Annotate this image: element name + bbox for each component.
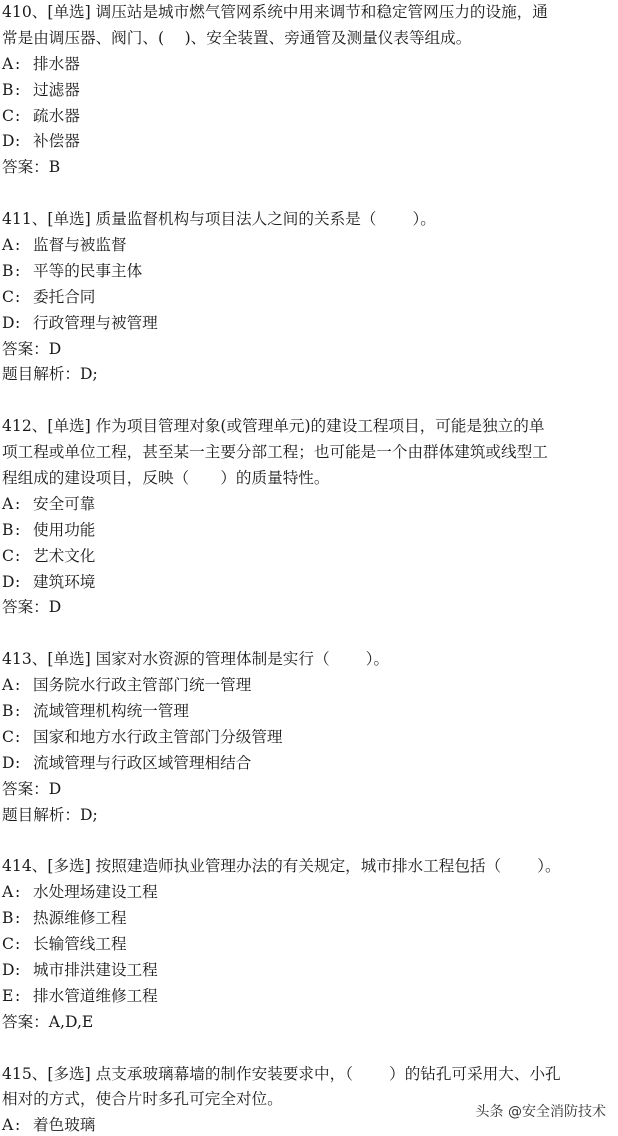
option-text: 疏水器 bbox=[33, 107, 80, 125]
question-stem-line: 414、[多选] 按照建造师执业管理办法的有关规定，城市排水工程包括（ ）。 bbox=[2, 854, 616, 880]
option-text: 平等的民事主体 bbox=[33, 262, 142, 280]
option-b: B:过滤器 bbox=[2, 78, 616, 104]
answer-line: 答案：A,D,E bbox=[2, 1010, 616, 1036]
option-separator: : bbox=[15, 259, 33, 285]
option-text: 补偿器 bbox=[33, 132, 80, 150]
spacer bbox=[2, 621, 616, 647]
option-d: D:城市排洪建设工程 bbox=[2, 958, 616, 984]
option-letter: D bbox=[2, 311, 15, 337]
option-letter: C bbox=[2, 725, 15, 751]
question-411: 411、[单选] 质量监督机构与项目法人之间的关系是（ ）。 A:监督与被监督 … bbox=[2, 207, 616, 414]
option-text: 艺术文化 bbox=[33, 547, 95, 565]
option-text: 排水器 bbox=[33, 55, 80, 73]
option-text: 国家和地方水行政主管部门分级管理 bbox=[33, 728, 283, 746]
option-separator: : bbox=[15, 751, 33, 777]
option-letter: C bbox=[2, 544, 15, 570]
option-a: A:监督与被监督 bbox=[2, 233, 616, 259]
spacer bbox=[2, 829, 616, 855]
option-letter: B bbox=[2, 259, 15, 285]
option-letter: D bbox=[2, 129, 15, 155]
watermark: 头条 @安全消防技术 bbox=[476, 1101, 606, 1121]
option-letter: B bbox=[2, 906, 15, 932]
option-letter: D bbox=[2, 751, 15, 777]
option-letter: B bbox=[2, 699, 15, 725]
option-text: 安全可靠 bbox=[33, 495, 95, 513]
option-text: 建筑环境 bbox=[33, 573, 95, 591]
option-d: D:行政管理与被管理 bbox=[2, 311, 616, 337]
option-letter: A bbox=[2, 1113, 15, 1136]
question-stem-line: 411、[单选] 质量监督机构与项目法人之间的关系是（ ）。 bbox=[2, 207, 616, 233]
analysis-line: 题目解析：D; bbox=[2, 362, 616, 388]
option-letter: B bbox=[2, 518, 15, 544]
option-separator: : bbox=[15, 285, 33, 311]
option-separator: : bbox=[15, 673, 33, 699]
option-letter: A bbox=[2, 492, 15, 518]
option-c: C:长输管线工程 bbox=[2, 932, 616, 958]
option-separator: : bbox=[15, 932, 33, 958]
option-text: 长输管线工程 bbox=[33, 935, 127, 953]
option-separator: : bbox=[15, 699, 33, 725]
option-c: C:疏水器 bbox=[2, 104, 616, 130]
option-separator: : bbox=[15, 984, 33, 1010]
option-text: 过滤器 bbox=[33, 81, 80, 99]
option-separator: : bbox=[15, 958, 33, 984]
spacer bbox=[2, 1036, 616, 1062]
option-separator: : bbox=[15, 311, 33, 337]
option-a: A:国务院水行政主管部门统一管理 bbox=[2, 673, 616, 699]
option-separator: : bbox=[15, 104, 33, 130]
option-d: D:流域管理与行政区域管理相结合 bbox=[2, 751, 616, 777]
question-stem-line: 413、[单选] 国家对水资源的管理体制是实行（ ）。 bbox=[2, 647, 616, 673]
question-stem-line: 412、[单选] 作为项目管理对象(或管理单元)的建设工程项目，可能是独立的单 bbox=[2, 414, 616, 440]
answer-line: 答案：B bbox=[2, 155, 616, 181]
option-text: 委托合同 bbox=[33, 288, 95, 306]
question-415: 415、[多选] 点支承玻璃幕墙的制作安装要求中，（ ）的钻孔可采用大、小孔 相… bbox=[2, 1062, 616, 1136]
option-text: 着色玻璃 bbox=[33, 1116, 95, 1134]
option-text: 监督与被监督 bbox=[33, 236, 127, 254]
answer-line: 答案：D bbox=[2, 595, 616, 621]
option-text: 热源维修工程 bbox=[33, 909, 127, 927]
option-separator: : bbox=[15, 725, 33, 751]
option-c: C:艺术文化 bbox=[2, 544, 616, 570]
option-separator: : bbox=[15, 233, 33, 259]
option-b: B:平等的民事主体 bbox=[2, 259, 616, 285]
question-stem-line: 项工程或单位工程，甚至某一主要分部工程；也可能是一个由群体建筑或线型工 bbox=[2, 440, 616, 466]
question-stem-line: 410、[单选] 调压站是城市燃气管网系统中用来调节和稳定管网压力的设施，通 bbox=[2, 0, 616, 26]
option-c: C:国家和地方水行政主管部门分级管理 bbox=[2, 725, 616, 751]
option-text: 城市排洪建设工程 bbox=[33, 961, 158, 979]
option-text: 水处理场建设工程 bbox=[33, 883, 158, 901]
question-412: 412、[单选] 作为项目管理对象(或管理单元)的建设工程项目，可能是独立的单 … bbox=[2, 414, 616, 647]
option-separator: : bbox=[15, 492, 33, 518]
question-414: 414、[多选] 按照建造师执业管理办法的有关规定，城市排水工程包括（ ）。 A… bbox=[2, 854, 616, 1061]
spacer bbox=[2, 181, 616, 207]
question-stem-line: 常是由调压器、阀门、( )、安全装置、旁通管及测量仪表等组成。 bbox=[2, 26, 616, 52]
spacer bbox=[2, 388, 616, 414]
analysis-line: 题目解析：D; bbox=[2, 803, 616, 829]
option-text: 使用功能 bbox=[33, 521, 95, 539]
option-text: 流域管理机构统一管理 bbox=[33, 702, 189, 720]
option-letter: C bbox=[2, 104, 15, 130]
option-c: C:委托合同 bbox=[2, 285, 616, 311]
option-separator: : bbox=[15, 78, 33, 104]
option-letter: A bbox=[2, 233, 15, 259]
question-413: 413、[单选] 国家对水资源的管理体制是实行（ ）。 A:国务院水行政主管部门… bbox=[2, 647, 616, 854]
option-letter: C bbox=[2, 285, 15, 311]
question-410: 410、[单选] 调压站是城市燃气管网系统中用来调节和稳定管网压力的设施，通 常… bbox=[2, 0, 616, 207]
option-d: D:补偿器 bbox=[2, 129, 616, 155]
question-stem-line: 415、[多选] 点支承玻璃幕墙的制作安装要求中，（ ）的钻孔可采用大、小孔 bbox=[2, 1062, 616, 1088]
option-d: D:建筑环境 bbox=[2, 570, 616, 596]
option-letter: C bbox=[2, 932, 15, 958]
option-b: B:热源维修工程 bbox=[2, 906, 616, 932]
option-letter: D bbox=[2, 570, 15, 596]
option-a: A:排水器 bbox=[2, 52, 616, 78]
option-a: A:安全可靠 bbox=[2, 492, 616, 518]
option-separator: : bbox=[15, 906, 33, 932]
option-letter: E bbox=[2, 984, 15, 1010]
option-separator: : bbox=[15, 52, 33, 78]
option-b: B:流域管理机构统一管理 bbox=[2, 699, 616, 725]
option-b: B:使用功能 bbox=[2, 518, 616, 544]
option-separator: : bbox=[15, 1113, 33, 1136]
option-letter: A bbox=[2, 880, 15, 906]
option-letter: A bbox=[2, 52, 15, 78]
option-text: 流域管理与行政区域管理相结合 bbox=[33, 754, 251, 772]
option-text: 国务院水行政主管部门统一管理 bbox=[33, 676, 251, 694]
answer-line: 答案：D bbox=[2, 337, 616, 363]
option-text: 行政管理与被管理 bbox=[33, 314, 158, 332]
option-text: 排水管道维修工程 bbox=[33, 987, 158, 1005]
option-separator: : bbox=[15, 518, 33, 544]
option-separator: : bbox=[15, 880, 33, 906]
option-separator: : bbox=[15, 570, 33, 596]
answer-line: 答案：D bbox=[2, 777, 616, 803]
option-e: E:排水管道维修工程 bbox=[2, 984, 616, 1010]
question-stem-line: 程组成的建设项目，反映（ ）的质量特性。 bbox=[2, 466, 616, 492]
question-document: 410、[单选] 调压站是城市燃气管网系统中用来调节和稳定管网压力的设施，通 常… bbox=[2, 0, 616, 1136]
option-letter: D bbox=[2, 958, 15, 984]
option-separator: : bbox=[15, 544, 33, 570]
option-separator: : bbox=[15, 129, 33, 155]
option-letter: B bbox=[2, 78, 15, 104]
option-letter: A bbox=[2, 673, 15, 699]
option-a: A:水处理场建设工程 bbox=[2, 880, 616, 906]
